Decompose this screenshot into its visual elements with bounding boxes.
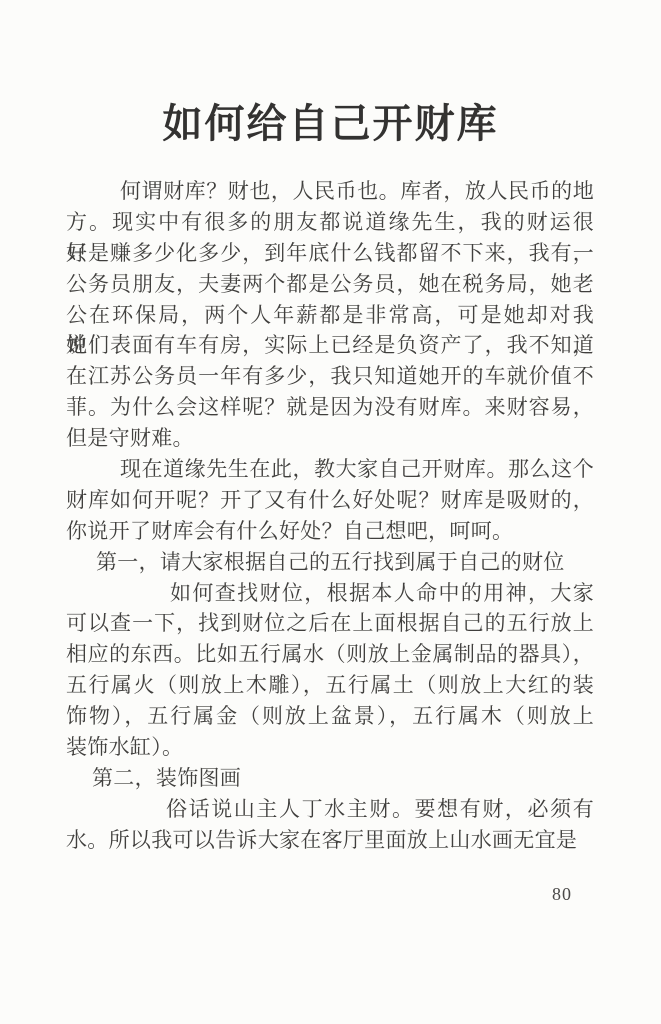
text-line: 公务员朋友，夫妻两个都是公务员，她在税务局，她老 — [66, 269, 594, 300]
text-line: 菲。为什么会这样呢？就是因为没有财库。来财容易， — [66, 392, 594, 423]
text-line: 第二，装饰图画 — [66, 763, 594, 794]
text-line: 在江苏公务员一年有多少，我只知道她开的车就价值不 — [66, 361, 594, 392]
text-line: 俗话说山主人丁水主财。要想有财，必须有 — [66, 794, 594, 825]
chapter-title: 如何给自己开财库 — [0, 92, 661, 149]
text-line: 水。所以我可以告诉大家在客厅里面放上山水画无宜是 — [66, 825, 594, 856]
text-line: 你说开了财库会有什么好处？自己想吧，呵呵。 — [66, 516, 594, 547]
text-line: 可以查一下，找到财位之后在上面根据自己的五行放上 — [66, 608, 594, 639]
text-line: 财库如何开呢？开了又有什么好处呢？财库是吸财的， — [66, 485, 594, 516]
text-line: 装饰水缸）。 — [66, 732, 594, 763]
text-line: 现在道缘先生在此，教大家自己开财库。那么这个 — [66, 454, 594, 485]
text-line: 何谓财库？财也，人民币也。库者，放人民币的地 — [66, 176, 594, 207]
book-page: 如何给自己开财库 何谓财库？财也，人民币也。库者，放人民币的地方。现实中有很多的… — [0, 0, 661, 1024]
body-text: 何谓财库？财也，人民币也。库者，放人民币的地方。现实中有很多的朋友都说道缘先生，… — [66, 176, 594, 856]
text-line: 五行属火（则放上木雕），五行属土（则放上大红的装 — [66, 670, 594, 701]
text-line: 第一，请大家根据自己的五行找到属于自己的财位 — [66, 547, 594, 578]
text-line: 公在环保局，两个人年薪都是非常高，可是她却对我说， — [66, 300, 594, 331]
text-line: 只是赚多少化多少，到年底什么钱都留不下来，我有一 — [66, 238, 594, 269]
text-line: 相应的东西。比如五行属水（则放上金属制品的器具）， — [66, 639, 594, 670]
text-line: 方。现实中有很多的朋友都说道缘先生，我的财运很好， — [66, 207, 594, 238]
text-line: 她们表面有车有房，实际上已经是负资产了，我不知道 — [66, 330, 594, 361]
text-line: 饰物），五行属金（则放上盆景），五行属木（则放上 — [66, 701, 594, 732]
text-line: 如何查找财位，根据本人命中的用神，大家 — [66, 578, 594, 609]
text-line: 但是守财难。 — [66, 423, 594, 454]
page-number: 80 — [552, 884, 572, 905]
